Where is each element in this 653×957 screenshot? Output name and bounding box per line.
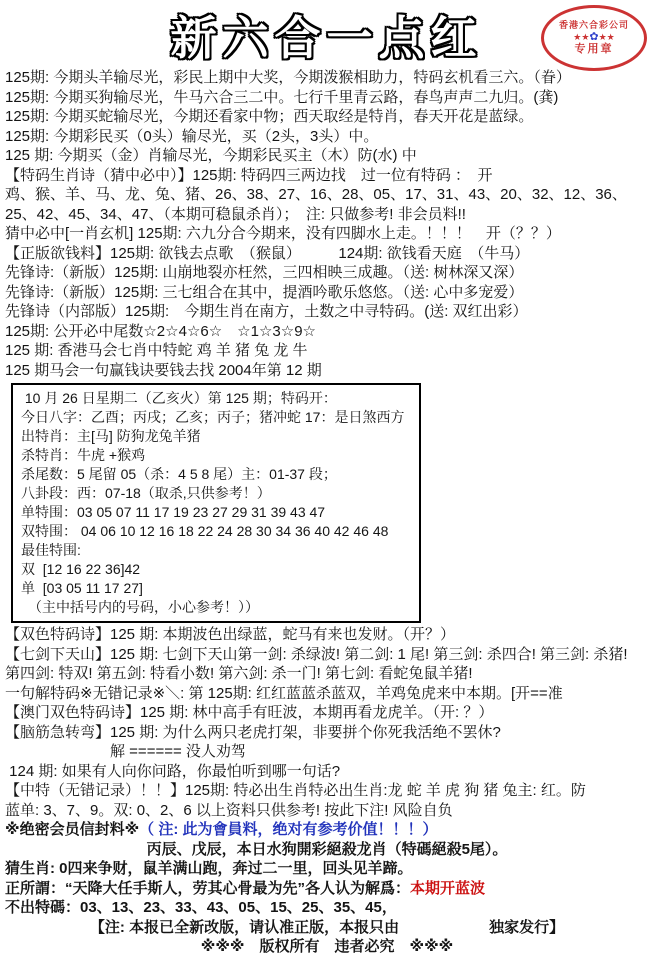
text-line: 鸡、猴、羊、马、龙、兔、猪、26、38、27、16、28、05、17、31、43… xyxy=(5,185,649,205)
bingchen-line: 丙辰、戊辰，本日水狗開彩絕殺龙肖（特碼絕殺5尾）。 xyxy=(5,840,649,860)
text-line: 最佳特围: xyxy=(21,541,417,560)
text-line: 杀尾数：5 尾留 05（杀：4 5 8 尾）主：01-37 段； xyxy=(21,465,417,484)
stamp-stars: ★★✿★★ xyxy=(573,31,615,44)
stamp-company-name: 香港六合彩公司 xyxy=(559,20,629,30)
text-line: 125期: 今期头羊输尽光，彩民上期中大奖，今期泼猴相助力，特码玄机看三六。（眷… xyxy=(5,68,649,88)
guess-zodiac-line: 猜生肖: 0四来争财，鼠羊满山跑，奔过二一里，回头见羊蹄。 xyxy=(5,859,649,879)
text-line: 先锋诗:（新版）125期: 山崩地裂亦枉然，三四相映三成趣。（送: 树林深又深） xyxy=(5,263,649,283)
text-line: 猜中必中[一肖玄机] 125期: 六九分合今期来，没有四脚水上走。！！！ 开（？… xyxy=(5,224,649,244)
star-icons-left: ★★ xyxy=(573,32,589,42)
star-icons-right: ★★ xyxy=(599,32,615,42)
text-line: （主中括号内的号码，小心参考！）） xyxy=(21,598,417,617)
text-line: 125 期: 今期买（金）肖输尽光，今期彩民买主（木）防(水) 中 xyxy=(5,146,649,166)
text-line: 先锋诗（内部版）125期: 今期生肖在南方，土数之中寻特码。(送: 双红出彩） xyxy=(5,302,649,322)
text-line: 125 期马会一句赢钱诀要钱去找 2004年第 12 期 xyxy=(5,361,649,381)
member-note-line: ※绝密会员信封料※（ 注: 此为會員料，绝对有参考价值！！！） xyxy=(5,820,649,840)
text-line: 125 期: 香港马会七肖中特蛇 鸡 羊 猪 兔 龙 牛 xyxy=(5,341,649,361)
top-lines-section: 125期: 今期头羊输尽光，彩民上期中大奖，今期泼猴相助力，特码玄机看三六。（眷… xyxy=(5,68,649,380)
text-line: 双特围： 04 06 10 12 16 18 22 24 28 30 34 36… xyxy=(21,522,417,541)
text-line: 25、42、45、34、47、（本期可稳鼠杀肖）； 注: 只做参考! 非会员料!… xyxy=(5,205,649,225)
text-line: 单特围：03 05 07 11 17 19 23 27 29 31 39 43 … xyxy=(21,503,417,522)
text-line: 解 ====== 没人劝驾 xyxy=(5,742,649,762)
text-line: 125期: 今期彩民买（0头）输尽光，买（2头，3头）中。 xyxy=(5,127,649,147)
text-line: 单 [03 05 11 17 27] xyxy=(21,579,417,598)
tip-sheet-page: 新六合一点红 香港六合彩公司 ★★✿★★ 专用章 125期: 今期头羊输尽光，彩… xyxy=(0,0,653,957)
text-line: 双 [12 16 22 36]42 xyxy=(21,560,417,579)
text-line: 【双色特码诗】125 期: 本期波色出绿蓝，蛇马有来也发财。（开？） xyxy=(5,625,649,645)
excluded-numbers-line: 不出特碼：03、13、23、33、43、05、15、25、35、45， xyxy=(5,898,649,918)
text-line: 124 期: 如果有人向你问路，你最怕听到哪一句话? xyxy=(5,762,649,782)
text-line: 125期: 今期买蛇输尽光，今期还看家中物；西天取经是特肖，春天开花是蓝绿。 xyxy=(5,107,649,127)
blue-wave-highlight: 本期开蓝波 xyxy=(410,880,485,897)
edition-note-line: 【注: 本报已全新改版，请认准正版，本报只由 独家发行】 xyxy=(5,918,649,938)
text-line: 杀特肖：牛虎 +猴鸡 xyxy=(21,446,417,465)
text-line: 【中特（无错记录）！！】125期: 特必出生肖特必出生肖:龙 蛇 羊 虎 狗 猪… xyxy=(5,781,649,801)
member-note-blue: （ 注: 此为會員料，绝对有参考价值！！！） xyxy=(139,821,437,838)
text-line: 【脑筋急转弯】125 期: 为什么两只老虎打架，非要拼个你死我活绝不罢休? xyxy=(5,723,649,743)
text-line: 【澳门双色特码诗】125 期: 林中高手有旺波，本期再看龙虎羊。（开: ？） xyxy=(5,703,649,723)
text-line: 一句解特码※无错记录※＼: 第 125期: 红红蓝蓝杀蓝双，羊鸡兔虎来中本期。[… xyxy=(5,684,649,704)
text-line: 蓝单: 3、7、9。双: 0、2、6 以上资料只供参考! 按此下注! 风险自负 xyxy=(5,801,649,821)
text-line: 八卦段：西：07-18（取杀,只供参考！） xyxy=(21,484,417,503)
company-stamp: 香港六合彩公司 ★★✿★★ 专用章 xyxy=(541,5,647,71)
text-line: 出特肖：主[马] 防狗龙兔羊猪 xyxy=(21,427,417,446)
member-note-prefix: ※绝密会员信封料※ xyxy=(5,821,139,838)
text-line: 【正版欲钱料】125期: 欲钱去点歌 （猴鼠） 124期: 欲钱看天庭 （牛马） xyxy=(5,244,649,264)
mid-lines-section: 【双色特码诗】125 期: 本期波色出绿蓝，蛇马有来也发财。（开？）【七剑下天山… xyxy=(5,625,649,820)
stamp-label: 专用章 xyxy=(575,43,614,56)
zhengsuowei-line: 正所謂：“天降大任手斯人，劳其心骨最为先”各人认为解爲：本期开蓝波 xyxy=(5,879,649,899)
copyright-line: ※※※ 版权所有 违者必究 ※※※ xyxy=(5,937,649,957)
content: 125期: 今期头羊输尽光，彩民上期中大奖，今期泼猴相助力，特码玄机看三六。（眷… xyxy=(0,66,653,957)
text-line: 【特码生肖诗（猜中必中）】125期: 特码四三两边找 过一位有特码 ： 开 xyxy=(5,166,649,186)
text-line: 【七剑下天山】125 期: 七剑下天山第一剑: 杀绿波! 第二剑: 1 尾! 第… xyxy=(5,645,649,684)
flower-icon: ✿ xyxy=(589,31,598,43)
text-line: 125期: 今期买狗输尽光，牛马六合三二中。七行千里青云路，春鸟声声二九归。(龚… xyxy=(5,88,649,108)
header: 新六合一点红 香港六合彩公司 ★★✿★★ 专用章 xyxy=(0,0,653,66)
zhengsuowei-text: 正所謂：“天降大任手斯人，劳其心骨最为先”各人认为解爲： xyxy=(5,880,410,897)
text-line: 125期: 公开必中尾数☆2☆4☆6☆ ☆1☆3☆9☆ xyxy=(5,322,649,342)
lottery-detail-box: 10 月 26 日星期二（乙亥火）第 125 期；特码开：今日八字：乙酉；丙戌；… xyxy=(11,383,421,623)
text-line: 先锋诗:（新版）125期: 三七组合在其中，提酒吟歌乐悠悠。（送: 心中多宠爱） xyxy=(5,283,649,303)
text-line: 10 月 26 日星期二（乙亥火）第 125 期；特码开： xyxy=(21,389,417,408)
text-line: 今日八字：乙酉；丙戌；乙亥；丙子；猪冲蛇 17：是日煞西方 xyxy=(21,408,417,427)
